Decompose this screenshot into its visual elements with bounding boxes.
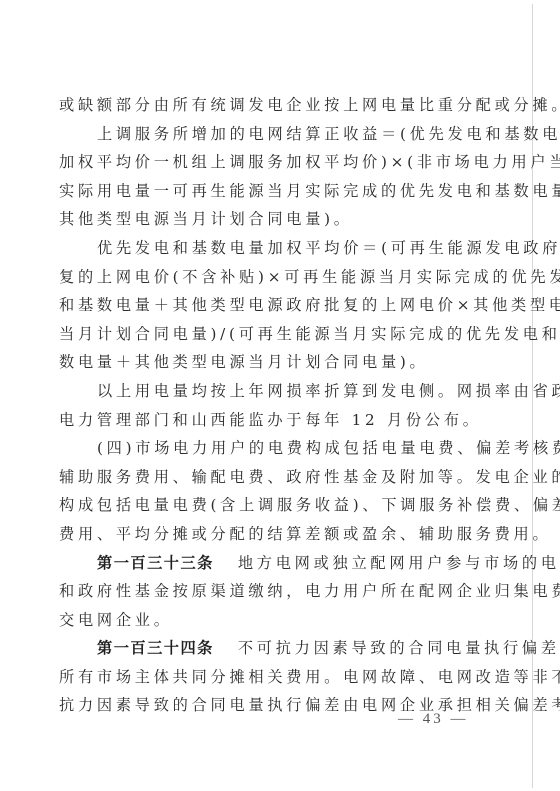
text-line: 交电网企业。 bbox=[59, 606, 479, 635]
text-line: 辅助服务费用、输配电费、政府性基金及附加等。发电企业的电费 bbox=[59, 463, 479, 492]
text-line: 构成包括电量电费(含上调服务收益)、下调服务补偿费、偏差考核 bbox=[59, 491, 479, 520]
text-line: 其他类型电源当月计划合同电量)。 bbox=[59, 205, 479, 234]
article-heading: 第一百三十四条 bbox=[97, 639, 214, 657]
article-text: 不可抗力因素导致的合同电量执行偏差由 bbox=[238, 639, 560, 657]
paragraph-start: (四)市场电力用户的电费构成包括电量电费、偏差考核费用、 bbox=[59, 434, 479, 463]
text-line: 当月计划合同电量)/(可再生能源当月实际完成的优先发电和基 bbox=[59, 320, 479, 349]
article-text: 地方电网或独立配网用户参与市场的电费 bbox=[238, 554, 560, 572]
text-line: 实际用电量一可再生能源当月实际完成的优先发电和基数电量一 bbox=[59, 177, 479, 206]
text-line: 复的上网电价(不含补贴)×可再生能源当月实际完成的优先发电 bbox=[59, 263, 479, 292]
document-body: 或缺额部分由所有统调发电企业按上网电量比重分配或分摊。 上调服务所增加的电网结算… bbox=[59, 91, 479, 720]
text-line: 和政府性基金按原渠道缴纳，电力用户所在配网企业归集电费后 bbox=[59, 577, 479, 606]
text-line: 或缺额部分由所有统调发电企业按上网电量比重分配或分摊。 bbox=[59, 91, 479, 120]
text-line: 所有市场主体共同分摊相关费用。电网故障、电网改造等非不可 bbox=[59, 663, 479, 692]
text-line: 电力管理部门和山西能监办于每年 12 月份公布。 bbox=[59, 406, 479, 435]
document-page: 或缺额部分由所有统调发电企业按上网电量比重分配或分摊。 上调服务所增加的电网结算… bbox=[0, 0, 560, 791]
article-heading: 第一百三十三条 bbox=[97, 554, 214, 572]
text-line: 加权平均价一机组上调服务加权平均价)×(非市场电力用户当月 bbox=[59, 148, 479, 177]
text-line: 费用、平均分摊或分配的结算差额或盈余、辅助服务费用。 bbox=[59, 520, 479, 549]
page-number: — 43 — bbox=[398, 711, 469, 728]
paragraph-start: 上调服务所增加的电网结算正收益＝(优先发电和基数电量 bbox=[59, 120, 479, 149]
paragraph-start: 以上用电量均按上年网损率折算到发电侧。网损率由省政府 bbox=[59, 377, 479, 406]
article-134-paragraph: 第一百三十四条不可抗力因素导致的合同电量执行偏差由 bbox=[59, 634, 479, 663]
text-line: 数电量＋其他类型电源当月计划合同电量)。 bbox=[59, 348, 479, 377]
text-line: 和基数电量＋其他类型电源政府批复的上网电价×其他类型电源 bbox=[59, 291, 479, 320]
paragraph-start: 优先发电和基数电量加权平均价＝(可再生能源发电政府批 bbox=[59, 234, 479, 263]
article-133-paragraph: 第一百三十三条地方电网或独立配网用户参与市场的电费 bbox=[59, 549, 479, 578]
